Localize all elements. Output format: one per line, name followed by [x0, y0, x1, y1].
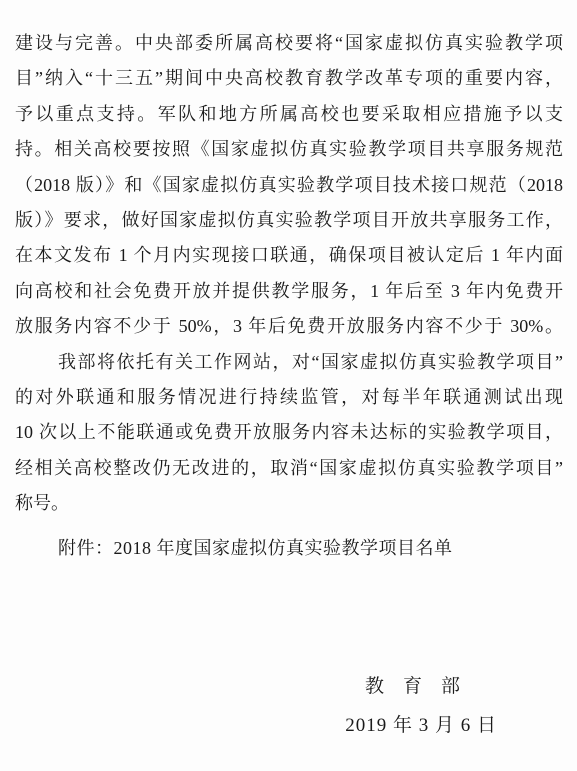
signature-issuer: 教 育 部	[365, 672, 460, 702]
text-line: 10 次以上不能联通或免费开放服务内容未达标的实验教学项目，	[15, 415, 563, 450]
text-line: 经相关高校整改仍无改进的，取消“国家虚拟仿真实验教学项目”	[15, 451, 563, 486]
text-line: 建设与完善。中央部委所属高校要将“国家虚拟仿真实验教学项	[15, 26, 563, 61]
text-line: 的对外联通和服务情况进行持续监管，对每半年联通测试出现	[15, 380, 563, 415]
text-line: 称号。	[15, 486, 563, 521]
attachment-line: 附件：2018 年度国家虚拟仿真实验教学项目名单	[58, 531, 453, 566]
text-line: 予以重点支持。军队和地方所属高校也要采取相应措施予以支	[15, 97, 563, 132]
text-line: 持。相关高校要按照《国家虚拟仿真实验教学项目共享服务规范	[15, 132, 563, 167]
text-line: （2018 版）》和《国家虚拟仿真实验教学项目技术接口规范（2018	[15, 168, 563, 203]
text-line: 向高校和社会免费开放并提供教学服务，1 年后至 3 年内免费开	[15, 274, 563, 309]
text-line: 放服务内容不少于 50%，3 年后免费开放服务内容不少于 30%。	[15, 309, 563, 344]
text-line: 我部将依托有关工作网站，对“国家虚拟仿真实验教学项目”	[15, 345, 563, 380]
document-page: 建设与完善。中央部委所属高校要将“国家虚拟仿真实验教学项目”纳入“十三五”期间中…	[0, 0, 577, 771]
text-line: 目”纳入“十三五”期间中央高校教育教学改革专项的重要内容，	[15, 61, 563, 96]
text-line: 版）》要求，做好国家虚拟仿真实验教学项目开放共享服务工作，	[15, 203, 563, 238]
text-line: 在本文发布 1 个月内实现接口联通，确保项目被认定后 1 年内面	[15, 238, 563, 273]
signature-date: 2019 年 3 月 6 日	[345, 711, 497, 741]
document-body-text: 建设与完善。中央部委所属高校要将“国家虚拟仿真实验教学项目”纳入“十三五”期间中…	[15, 26, 563, 522]
